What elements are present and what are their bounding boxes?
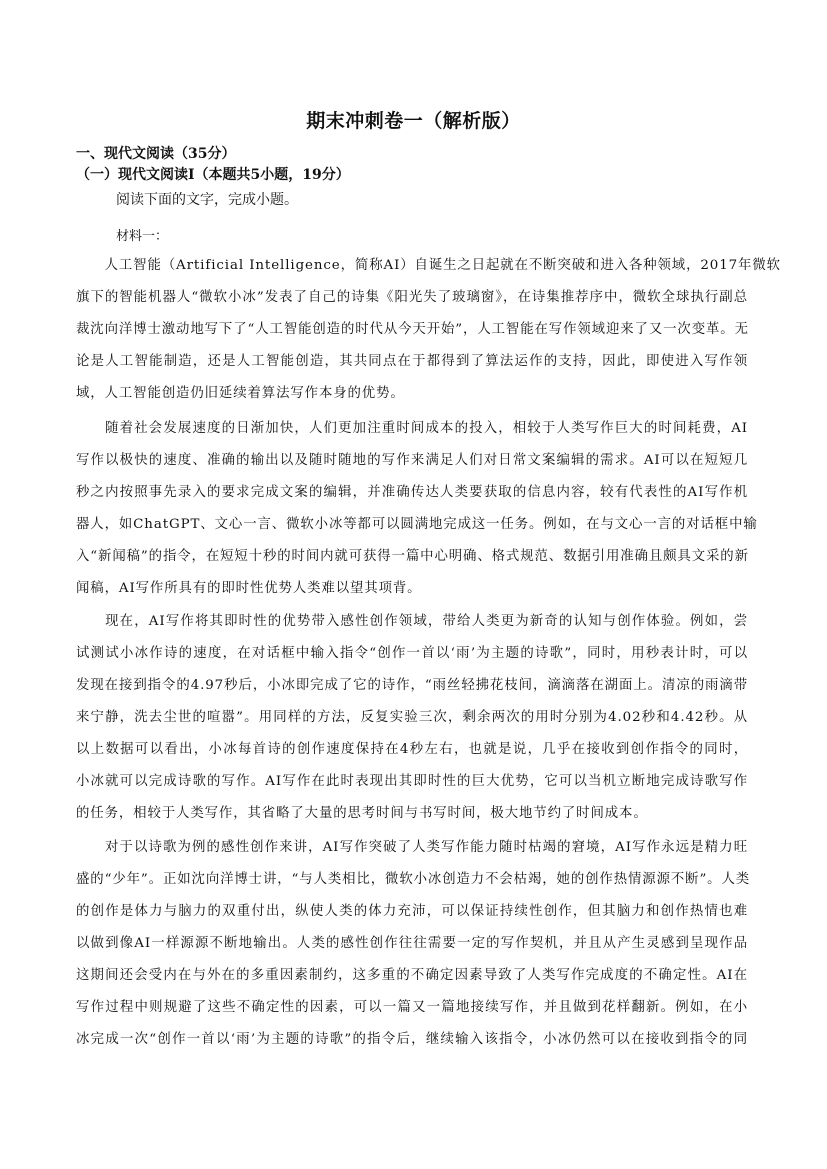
document-page: 期末冲刺卷一（解析版） 一、现代文阅读（35分） （一）现代文阅读Ⅰ（本题共5小… bbox=[0, 0, 827, 1169]
paragraph-3: 现在，AI写作将其即时性的优势带入感性创作领域，带给人类更为新奇的认知与创作体验… bbox=[76, 606, 748, 830]
reading-instruction: 阅读下面的文字，完成小题。 bbox=[116, 189, 298, 209]
text-line: 写作过程中则规避了这些不确定性的因素，可以一篇又一篇地接续写作，并且做到花样翻新… bbox=[76, 992, 748, 1024]
text-line: 盛的“少年”。正如沈向洋博士讲，“与人类相比，微软小冰创造力不会枯竭，她的创作热… bbox=[76, 864, 748, 896]
text-line: 试测试小冰作诗的速度，在对话框中输入指令“创作一首以‘雨’为主题的诗歌”，同时，… bbox=[76, 638, 748, 670]
text-line: 器人，如ChatGPT、文心一言、微软小冰等都可以圆满地完成这一任务。例如，在与… bbox=[76, 509, 748, 541]
text-line: 人工智能（Artificial Intelligence，简称AI）自诞生之日起… bbox=[76, 250, 748, 282]
text-line: 以做到像AI一样源源不断地输出。人类的感性创作往往需要一定的写作契机，并且从产生… bbox=[76, 928, 748, 960]
text-line: 这期间还会受内在与外在的多重因素制约，这多重的不确定因素导致了人类写作完成度的不… bbox=[76, 960, 748, 992]
text-line: 秒之内按照事先录入的要求完成文案的编辑，并准确传达人类要获取的信息内容，较有代表… bbox=[76, 477, 748, 509]
subsection-heading: （一）现代文阅读Ⅰ（本题共5小题，19分） bbox=[76, 164, 350, 184]
page-title: 期末冲刺卷一（解析版） bbox=[0, 106, 827, 133]
text-line: 对于以诗歌为例的感性创作来讲，AI写作突破了人类写作能力随时枯竭的窘境，AI写作… bbox=[76, 832, 748, 864]
text-line: 来宁静，洗去尘世的喧嚣”。用同样的方法，反复实验三次，剩余两次的用时分别为4.0… bbox=[76, 702, 748, 734]
material-label: 材料一： bbox=[116, 225, 168, 244]
text-line: 的任务，相较于人类写作，其省略了大量的思考时间与书写时间，极大地节约了时间成本。 bbox=[76, 798, 748, 830]
text-line: 闻稿，AI写作所具有的即时性优势人类难以望其项背。 bbox=[76, 573, 748, 605]
text-line: 旗下的智能机器人“微软小冰”发表了自己的诗集《阳光失了玻璃窗》，在诗集推荐序中，… bbox=[76, 282, 748, 314]
text-line: 论是人工智能制造，还是人工智能创造，其共同点在于都得到了算法运作的支持，因此，即… bbox=[76, 346, 748, 378]
text-line: 冰完成一次“创作一首以‘雨’为主题的诗歌”的指令后，继续输入该指令，小冰仍然可以… bbox=[76, 1024, 748, 1056]
text-line: 以上数据可以看出，小冰每首诗的创作速度保持在4秒左右，也就是说，几乎在接收到创作… bbox=[76, 734, 748, 766]
paragraph-1: 人工智能（Artificial Intelligence，简称AI）自诞生之日起… bbox=[76, 250, 748, 410]
text-line: 随着社会发展速度的日渐加快，人们更加注重时间成本的投入，相较于人类写作巨大的时间… bbox=[76, 413, 748, 445]
text-line: 入“新闻稿”的指令，在短短十秒的时间内就可获得一篇中心明确、格式规范、数据引用准… bbox=[76, 541, 748, 573]
text-line: 现在，AI写作将其即时性的优势带入感性创作领域，带给人类更为新奇的认知与创作体验… bbox=[76, 606, 748, 638]
text-line: 写作以极快的速度、准确的输出以及随时随地的写作来满足人们对日常文案编辑的需求。A… bbox=[76, 445, 748, 477]
text-line: 域，人工智能创造仍旧延续着算法写作本身的优势。 bbox=[76, 378, 748, 410]
text-line: 小冰就可以完成诗歌的写作。AI写作在此时表现出其即时性的巨大优势，它可以当机立断… bbox=[76, 766, 748, 798]
text-line: 的创作是体力与脑力的双重付出，纵使人类的体力充沛，可以保证持续性创作，但其脑力和… bbox=[76, 896, 748, 928]
paragraph-4: 对于以诗歌为例的感性创作来讲，AI写作突破了人类写作能力随时枯竭的窘境，AI写作… bbox=[76, 832, 748, 1056]
text-line: 裁沈向洋博士激动地写下了“人工智能创造的时代从今天开始”，人工智能在写作领域迎来… bbox=[76, 314, 748, 346]
paragraph-2: 随着社会发展速度的日渐加快，人们更加注重时间成本的投入，相较于人类写作巨大的时间… bbox=[76, 413, 748, 605]
text-line: 发现在接到指令的4.97秒后，小冰即完成了它的诗作，“雨丝轻拂花枝间，滴滴落在湖… bbox=[76, 670, 748, 702]
section-heading: 一、现代文阅读（35分） bbox=[76, 143, 235, 163]
